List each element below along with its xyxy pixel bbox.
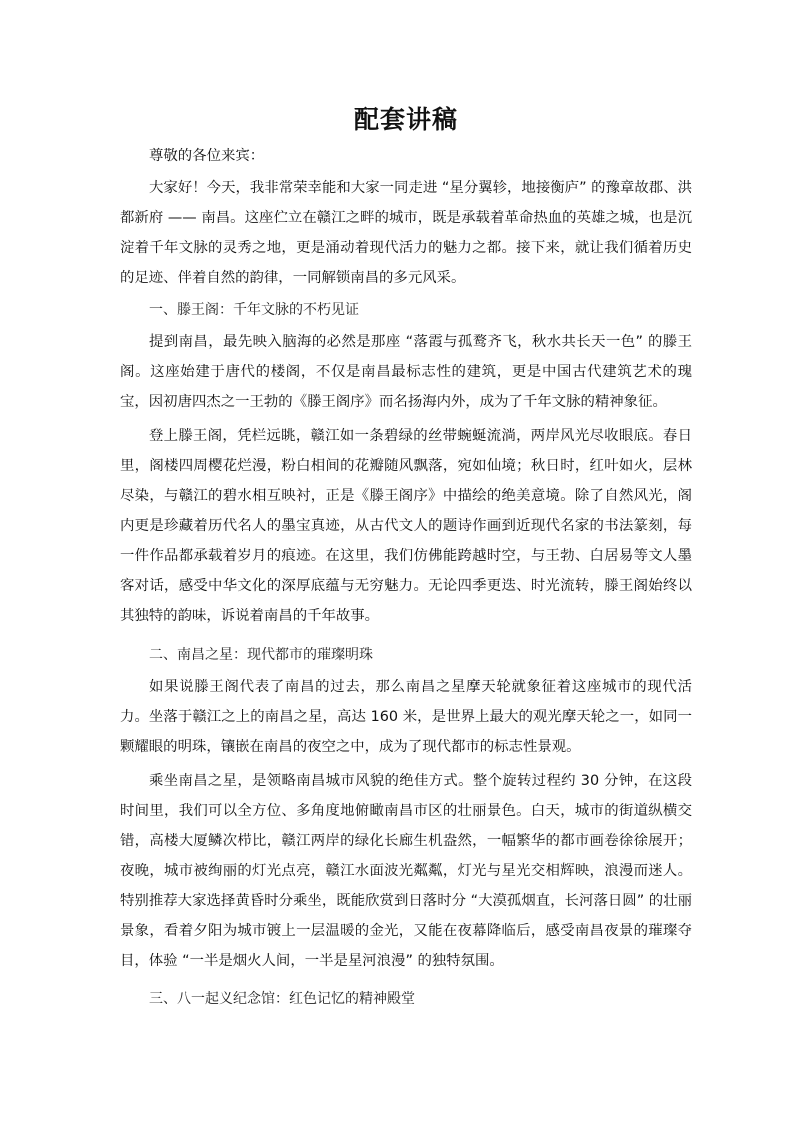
section-heading-3: 三、八一起义纪念馆：红色记忆的精神殿堂 <box>120 984 692 1014</box>
section-2-paragraph-1: 如果说滕王阁代表了南昌的过去，那么南昌之星摩天轮就象征着这座城市的现代活力。坐落… <box>120 672 692 762</box>
paragraph-text: 大家好！今天，我非常荣幸能和大家一同走进 “星分翼轸，地接衡庐” 的豫章故郡、洪… <box>120 173 692 293</box>
salutation-text: 尊敬的各位来宾： <box>120 141 692 171</box>
paragraph-text: 提到南昌，最先映入脑海的必然是那座 “落霞与孤鹜齐飞，秋水共长天一色” 的滕王阁… <box>120 327 692 417</box>
intro-paragraph: 大家好！今天，我非常荣幸能和大家一同走进 “星分翼轸，地接衡庐” 的豫章故郡、洪… <box>120 173 692 293</box>
section-1-paragraph-2: 登上滕王阁，凭栏远眺，赣江如一条碧绿的丝带蜿蜒流淌，两岸风光尽收眼底。春日里，阁… <box>120 421 692 631</box>
section-2-paragraph-2: 乘坐南昌之星，是领略南昌城市风貌的绝佳方式。整个旋转过程约 30 分钟，在这段时… <box>120 766 692 976</box>
document-title: 配套讲稿 <box>120 100 692 136</box>
paragraph-text: 登上滕王阁，凭栏远眺，赣江如一条碧绿的丝带蜿蜒流淌，两岸风光尽收眼底。春日里，阁… <box>120 421 692 631</box>
salutation: 尊敬的各位来宾： <box>120 141 692 171</box>
paragraph-text: 乘坐南昌之星，是领略南昌城市风貌的绝佳方式。整个旋转过程约 30 分钟，在这段时… <box>120 766 692 976</box>
section-1-paragraph-1: 提到南昌，最先映入脑海的必然是那座 “落霞与孤鹜齐飞，秋水共长天一色” 的滕王阁… <box>120 327 692 417</box>
section-heading-1: 一、滕王阁：千年文脉的不朽见证 <box>120 295 692 325</box>
paragraph-text: 如果说滕王阁代表了南昌的过去，那么南昌之星摩天轮就象征着这座城市的现代活力。坐落… <box>120 672 692 762</box>
section-heading-2: 二、南昌之星：现代都市的璀璨明珠 <box>120 640 692 670</box>
